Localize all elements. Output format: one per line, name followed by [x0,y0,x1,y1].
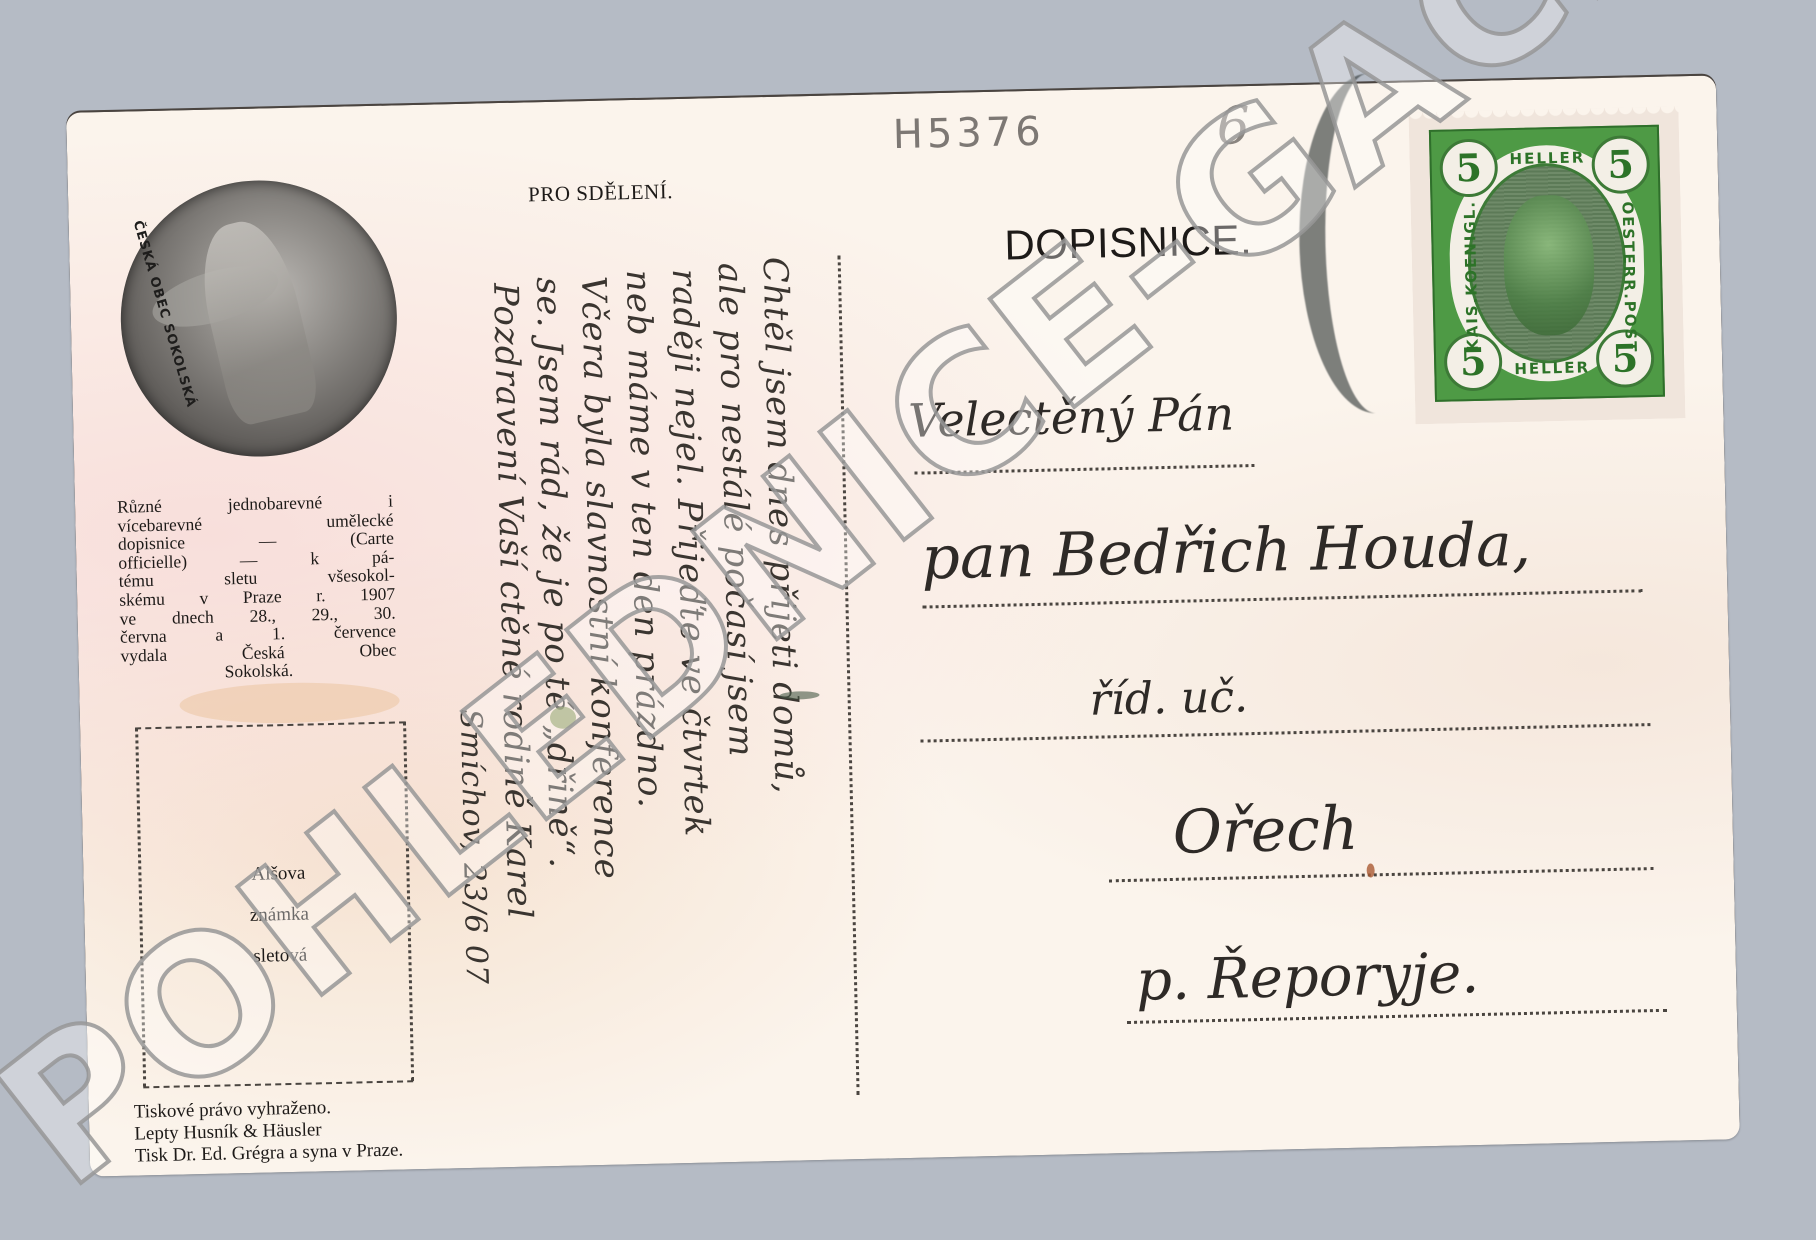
postmark-cancellation [1296,72,1450,415]
stamp-box-label-line: známka [194,892,365,937]
pencil-catalog-number: H5376 [892,109,1045,158]
message-heading: PRO SDĚLENÍ. [528,179,673,207]
stamp-box-bottom-border [143,1080,413,1088]
address-heading: DOPISNICE. [1004,216,1253,270]
sokol-medallion-icon: ČESKÁ OBEC SOKOLSKÁ [118,177,400,459]
stamp-right-text: OESTERR.POST [1619,201,1640,354]
handwritten-message-line: raději nejel. Přijeďte ve čtvrtek [664,268,717,837]
stamp-box-label-line: Alšova [193,851,364,896]
address-line-salutation: Velectěný Pán [908,386,1235,447]
handwritten-message: Chtěl jsem dnes přijeti domů,ale pro nes… [66,75,1716,112]
address-dotted-line [921,723,1651,743]
stamp-currency-top: HELLER [1509,148,1585,168]
footer-line: Tisk Dr. Ed. Grégra a syna v Praze. [135,1139,404,1167]
publication-info-text: Různé jednobarevné ivícebarevné umělecké… [117,492,397,684]
handwritten-message-line: Včera byla slavnostní konference [573,275,627,880]
stamp-box-right-border [403,721,414,1081]
medallion-figure [189,213,323,428]
address-dotted-line [923,589,1643,608]
address-line-title: říd. uč. [1089,671,1248,726]
stamp-left-text: KAIS.KOENIGL. [1460,200,1481,351]
stamp-box-label-line: sletová [195,933,366,978]
handwritten-message-line: neb máme v ten den prázdno. [618,269,670,809]
pencil-number: 6 [1216,96,1250,157]
handwritten-place-date: Smíchov, 23/6 07 [453,708,494,985]
postcard: ČESKÁ OBEC SOKOLSKÁ Různé jednobarevné i… [66,75,1740,1176]
paper-stain [179,680,400,725]
stamp-currency-bottom: HELLER [1514,358,1590,378]
stamp-denomination: 5 [1591,135,1650,194]
address-line-town: Ořech [1172,794,1359,868]
emperor-portrait-icon [1502,194,1595,336]
handwritten-message-line: ale pro nestálé počasí jsem [710,262,761,757]
address-line-post: p. Řeporyje. [1135,941,1479,1014]
address-dotted-line [1109,867,1654,882]
address-dotted-line [915,464,1255,475]
center-divider [838,255,860,1095]
address-line-name: pan Bedřich Houda, [921,510,1532,594]
ink-stain [779,691,819,700]
stamp-box-label: Alšova známka sletová [193,851,366,978]
postage-stamp: 5 5 5 5 HELLER HELLER KAIS.KOENIGL. OEST… [1429,125,1665,402]
stamp-box-left-border [135,727,146,1087]
handwritten-message-line: Chtěl jsem dnes přijeti domů, [755,256,807,794]
printer-footer: Tiskové právo vyhraženo. Lepty Husník & … [134,1095,404,1167]
ink-stain [1367,863,1375,877]
